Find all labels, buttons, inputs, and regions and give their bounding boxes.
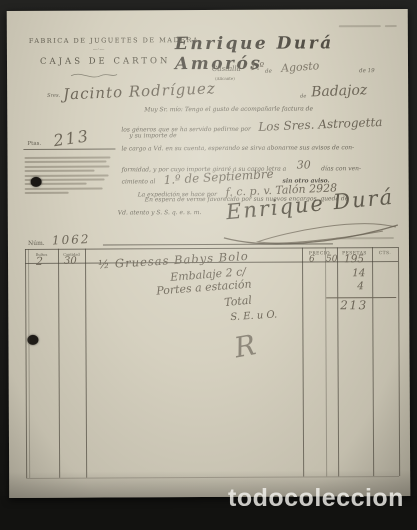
header-cts: CTS. — [372, 251, 398, 256]
todocoleccion-watermark: todocoleccion — [228, 484, 404, 513]
col-line-precio-cts — [325, 247, 327, 476]
business-line-2: CAJAS DE CARTON — [40, 56, 170, 67]
fine-print-line — [24, 157, 110, 159]
place-label: Castalla — [212, 65, 241, 73]
cell-pesetas-2: 14 — [352, 267, 365, 279]
cell-pesetas-3: 4 — [357, 280, 364, 292]
cell-precio-pts: 6 — [309, 254, 315, 264]
addressee-salutation: Sres. — [47, 93, 60, 99]
rubric-mark: R — [232, 328, 259, 364]
invoice-document: FABRICA DE JUGUETES DE MADERA —·— CAJAS … — [7, 9, 411, 498]
cell-bultos: 2 — [36, 255, 43, 268]
col-line-pesetas — [337, 247, 339, 476]
col-line-cantidad — [85, 249, 87, 478]
col-line-cts — [372, 247, 374, 476]
hole-punch-top — [31, 177, 42, 187]
letter-line-1: Muy Sr. mío: Tengo el gusto de acompañar… — [144, 105, 313, 113]
pesetas-margin-value: 213 — [52, 126, 91, 150]
col-line-precio — [302, 248, 304, 477]
letterhead-ornament: —·— — [93, 47, 105, 53]
fine-print-line — [25, 165, 110, 167]
date-de1: de — [265, 69, 272, 75]
table-left-border-inner — [28, 249, 30, 478]
letter-line-2-handwritten: Los Sres. Astrogetta — [258, 115, 383, 134]
cell-pesetas-1: 195 — [344, 253, 364, 265]
col-line-bultos — [58, 249, 60, 478]
letter-line-9: Vd. atento y S. S. q. e. s. m. — [118, 209, 202, 216]
cell-precio-cts: 50 — [326, 254, 338, 264]
addressee-name-handwritten: Jacinto Rodríguez — [63, 79, 216, 103]
total-label: Total — [224, 294, 253, 309]
invoice-number-value: 1062 — [52, 232, 91, 248]
cell-cantidad: 30 — [64, 256, 77, 267]
printer-credit — [336, 237, 394, 239]
pesetas-margin-underline — [23, 148, 115, 149]
pesetas-margin-label: Ptas. — [27, 141, 41, 147]
date-day-handwritten: 1.º — [250, 61, 265, 73]
fine-print-line — [25, 170, 95, 172]
table-left-border — [25, 249, 27, 478]
addressee-de: de — [300, 93, 306, 99]
business-line-1: FABRICA DE JUGUETES DE MADERA — [29, 36, 199, 45]
addressee-city-handwritten: Badajoz — [311, 82, 368, 100]
fine-print-line — [25, 192, 69, 194]
registration-mark-2 — [385, 25, 397, 27]
photo-background: FABRICA DE JUGUETES DE MADERA —·— CAJAS … — [0, 0, 417, 530]
seuo-note: S. E. u O. — [230, 309, 277, 323]
fine-print-line — [25, 161, 107, 163]
date-de2: de 19 — [359, 68, 375, 74]
letter-line-3: y su importe de — [129, 132, 176, 139]
province-label: (Alicante) — [215, 76, 235, 81]
invoice-number-label: Núm. — [28, 240, 45, 247]
total-value: 213 — [340, 298, 367, 312]
table-bottom-border — [26, 476, 399, 479]
letter-line-4: le cargo a Vd. en su cuenta, esperando s… — [121, 144, 354, 152]
table-right-border — [398, 247, 400, 476]
letterhead-flourish — [69, 70, 119, 80]
fine-print-line — [25, 187, 103, 189]
registration-mark — [339, 25, 381, 27]
